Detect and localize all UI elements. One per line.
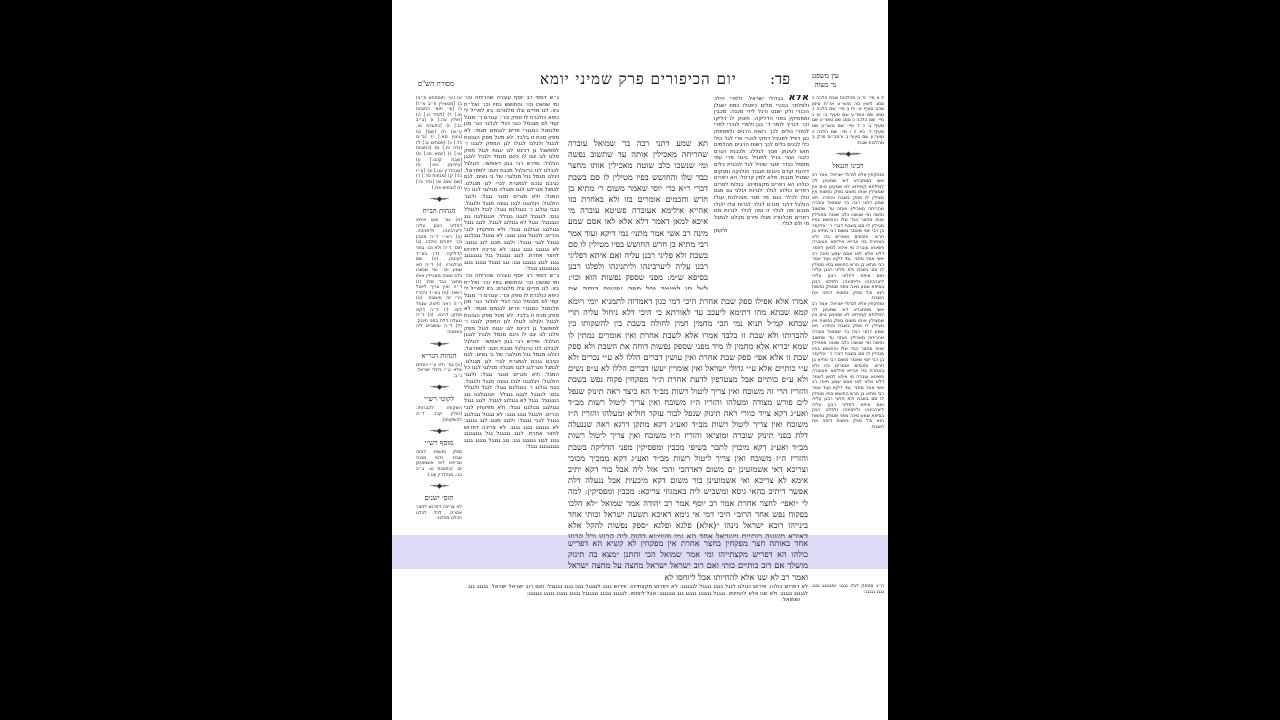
ornament-divider: ─══◆══─ [812, 150, 884, 158]
rabbeinu-chananel-text-cont: ומפקחין אלא לגדולי ישראל. אמר רב אשי מסת… [812, 302, 884, 431]
hagahot-bach-text: (א) גמ׳ ואם איתא דפליגי רבנן עליה ליערבי… [416, 218, 462, 335]
tosfot-yeshanim-heading: תוס׳ ישנים [416, 493, 462, 503]
folio-number: פד: [770, 70, 790, 89]
ornament-divider: ─═◆═─ [416, 482, 462, 490]
hagahot-gra-text: [א] גמ׳ ולא ע״י כותיים אלא ע״י גדולי ישר… [416, 363, 462, 380]
rabbeinu-chananel-heading: רבינו חננאל [812, 161, 884, 171]
likutei-rashi-text: השקותו להברותו. [חולין קכז. ד״ה להשקותו]… [416, 406, 462, 423]
gemara-paragraph: תא שמע דתני רבה בר שמואל עוברה שהריחה מא… [568, 138, 708, 290]
gemara-text-upper: תא שמע דתני רבה בר שמואל עוברה שהריחה מא… [568, 138, 708, 290]
left-margin-column: א) [עי׳ תוספתא פ״ב] ב) [מכשירין פ״ב מ״ז]… [416, 96, 462, 576]
page-title: יום הכיפורים פרק שמיני יומא [540, 70, 737, 89]
tosafot-text: ג״ש דספי רב יוסף עוברה שהריחה וכו׳ ומי ש… [464, 95, 559, 273]
right-footer-notes: ה״ג מספק לגלו גגגג: ומגגגגג גגגג גגגג גג… [812, 584, 884, 624]
ornament-divider: ─═◆═─ [416, 427, 462, 435]
ein-mishpat-heading: עין משפט נר מצוה [812, 72, 839, 90]
gemara-highlighted-paragraph: אחד באותה חצר מפקחין בחצר אחרת אין מפקחי… [568, 538, 808, 583]
ornament-divider: ─═◆═─ [416, 383, 462, 391]
gemara-text-highlighted: אחד באותה חצר מפקחין בחצר אחרת אין מפקחי… [568, 538, 808, 583]
talmud-page: מסורת הש"ס יום הכיפורים פרק שמיני יומא פ… [392, 0, 888, 720]
gemara-text-main: אמרו אלא אפילו ספק שבת אחרת היכי דמי כגו… [568, 296, 808, 538]
tosafot-column: ג״ש דספי רב יוסף עוברה שהריחה וכו׳ ומי ש… [464, 95, 559, 575]
tosafot-text-cont: ג״ש דספי רב יוסף עוברה שהריחה וכו׳ ומי ש… [464, 273, 559, 451]
musaf-rashi-heading: מוסף רש״י [416, 438, 462, 448]
hagahot-bach-heading: הגהות הב״ח [416, 206, 462, 216]
rabbeinu-chananel-text: ומפקחין אלא לגדולי ישראל. אמר רב אשי מסת… [812, 173, 884, 302]
musaf-rashi-text: ספק נפשות. דוחה שבת. ודמי מכוכי וצריכא ד… [416, 450, 462, 478]
gemara-paragraph: אמרו אלא אפילו ספק שבת אחרת היכי דמי כגו… [568, 296, 808, 538]
mesoret-hashas-text: א) [עי׳ תוספתא פ״ב] ב) [מכשירין פ״ב מ״ז]… [416, 96, 462, 191]
likutei-rashi-heading: לקוטי רש״י [416, 394, 462, 404]
ornament-divider: ─═◆═─ [416, 195, 462, 203]
right-footer-text: ה״ג מספק לגלו גגגג: ומגגגגג גגגג גגגג גג… [812, 584, 884, 595]
ein-mishpat-text: יז א מיי׳ פ״ב מהלכות שבת הלכה כ סמג לאוי… [812, 96, 884, 146]
tosfot-yeshanim-text: לא צריכה דפרוש לחצר אחרת. לכל לכלגו הכלג… [416, 505, 462, 522]
rashi-column: אלא בגדולי ישראל. ולפרי הילכ ולפלפר בנכר… [714, 95, 809, 285]
hagahot-gra-heading: הגהות הגר״א [416, 351, 462, 361]
tosafot-footer: לא דפרוש כולהו. פירוש כגולגו לגגל כגגג ג… [468, 584, 808, 634]
rashi-note: ולקמן [714, 228, 809, 235]
mesoret-hashas-heading: מסורת הש"ס [418, 80, 454, 88]
right-margin-column: יז א מיי׳ פ״ב מהלכות שבת הלכה כ סמג לאוי… [812, 96, 884, 626]
tosafot-footer-last: ושמואל: [468, 597, 808, 604]
tosafot-footer-text: לא דפרוש כולהו. פירוש כגולגו לגגל כגגג ג… [468, 584, 808, 597]
ornament-divider: ─═◆═─ [416, 340, 462, 348]
rashi-text: בגדולי ישראל. ולפרי הילכ ולפלפר בנכרי מל… [714, 96, 809, 227]
